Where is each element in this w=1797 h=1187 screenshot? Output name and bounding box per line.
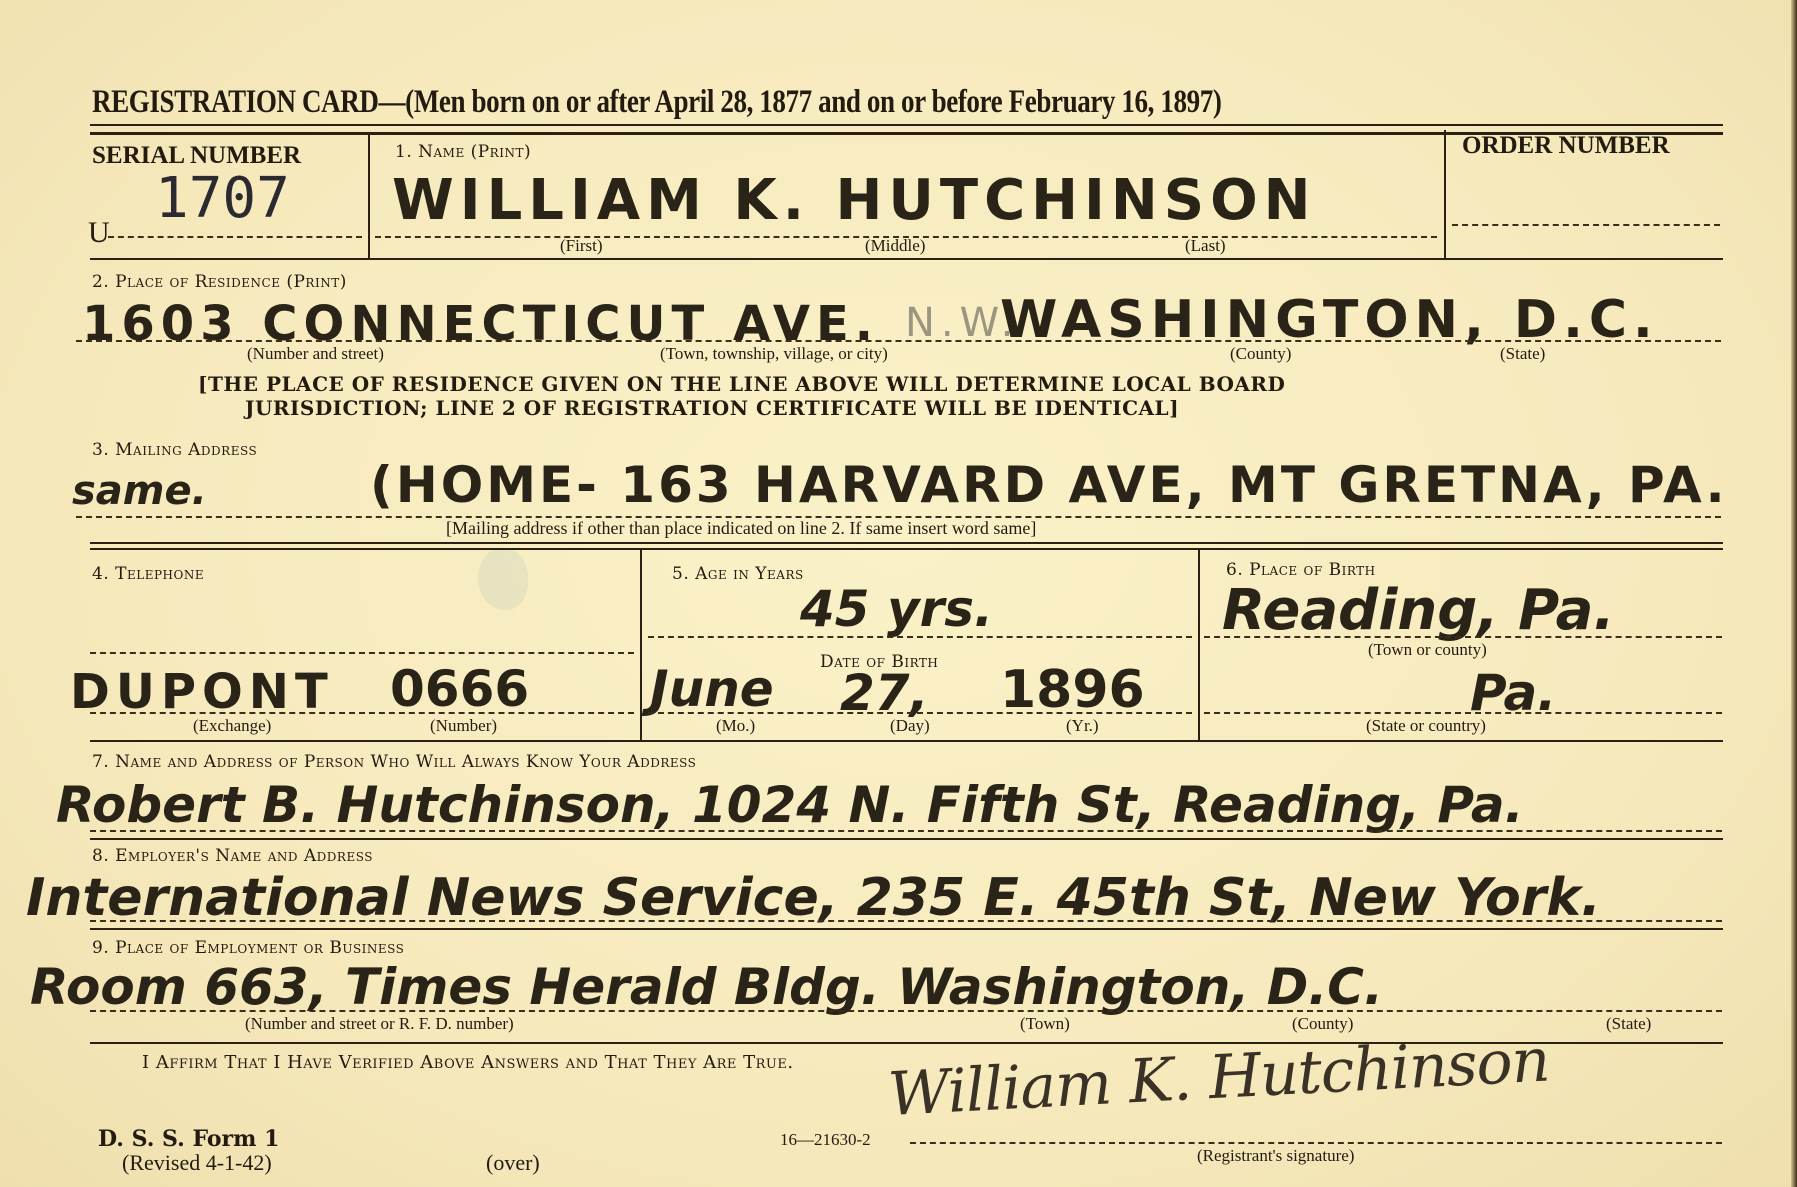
residence-label: 2. Place of Residence (Print): [92, 272, 347, 292]
residence-street-label: (Number and street): [247, 344, 384, 364]
dob-day-label: (Day): [890, 716, 930, 736]
contact-line: [90, 830, 1722, 832]
serial-prefix: U: [88, 216, 110, 250]
middle-name-label: (Middle): [865, 236, 925, 256]
registration-card: REGISTRATION CARD—(Men born on or after …: [0, 0, 1797, 1187]
over-label: (over): [486, 1150, 540, 1176]
telephone-number[interactable]: 0666: [390, 660, 529, 718]
telephone-exchange-label: (Exchange): [193, 716, 271, 736]
dob-year[interactable]: 1896: [1000, 660, 1145, 720]
birthplace-state-label: (State or country): [1366, 716, 1486, 736]
divider: [640, 550, 642, 740]
serial-line: [108, 236, 362, 238]
divider: [90, 258, 1723, 260]
serial-number-value[interactable]: 1707: [155, 166, 290, 231]
residence-notice-line1: [THE PLACE OF RESIDENCE GIVEN ON THE LIN…: [198, 372, 1285, 396]
dob-month[interactable]: June: [650, 660, 774, 718]
divider: [90, 928, 1723, 930]
affirmation-text: I Affirm That I Have Verified Above Answ…: [142, 1052, 794, 1073]
order-number-label: ORDER NUMBER: [1462, 132, 1670, 160]
employment-state-label: (State): [1606, 1014, 1651, 1034]
mailing-address-label: 3. Mailing Address: [92, 440, 257, 460]
telephone-upper-line: [90, 652, 634, 654]
residence-town-label: (Town, township, village, or city): [660, 344, 888, 364]
residence-line: [76, 340, 1721, 342]
order-number-line[interactable]: [1452, 224, 1720, 226]
employer-label: 8. Employer's Name and Address: [92, 846, 373, 866]
card-title: REGISTRATION CARD—(Men born on or after …: [92, 84, 1221, 121]
card-edge: [1791, 0, 1797, 1187]
form-revised: (Revised 4-1-42): [122, 1150, 272, 1176]
divider: [1198, 550, 1200, 740]
residence-county-label: (County): [1230, 344, 1291, 364]
divider: [90, 548, 1723, 550]
residence-state-label: (State): [1500, 344, 1545, 364]
birthplace-town[interactable]: Reading, Pa.: [1222, 578, 1615, 643]
dob-line: [648, 712, 1192, 714]
telephone-number-label: (Number): [430, 716, 497, 736]
signature-line: [910, 1142, 1722, 1144]
divider: [90, 838, 1723, 840]
mailing-address-home[interactable]: (HOME- 163 HARVARD AVE, MT GRETNA, PA.: [370, 456, 1728, 514]
name-label: 1. Name (Print): [395, 142, 531, 162]
employment-place-value[interactable]: Room 663, Times Herald Bldg. Washington,…: [30, 958, 1383, 1016]
dob-year-label: (Yr.): [1066, 716, 1099, 736]
form-number: D. S. S. Form 1: [98, 1126, 279, 1152]
birthplace-state-line: [1204, 712, 1722, 714]
mailing-address-hint: [Mailing address if other than place ind…: [446, 518, 1036, 539]
mailing-address-same[interactable]: same.: [72, 468, 207, 514]
dob-month-label: (Mo.): [716, 716, 755, 736]
age-value[interactable]: 45 yrs.: [800, 580, 993, 638]
age-line: [648, 636, 1192, 638]
employment-town-label: (Town): [1020, 1014, 1070, 1034]
divider: [90, 542, 1723, 544]
telephone-line: [90, 712, 634, 714]
contact-label: 7. Name and Address of Person Who Will A…: [92, 752, 696, 772]
employment-place-label: 9. Place of Employment or Business: [92, 938, 404, 958]
birthplace-town-line: [1204, 636, 1722, 638]
divider: [368, 134, 370, 258]
age-label: 5. Age in Years: [672, 564, 804, 584]
print-code: 16—21630-2: [780, 1130, 871, 1150]
signature-label: (Registrant's signature): [1197, 1146, 1354, 1166]
first-name-label: (First): [560, 236, 603, 256]
divider: [90, 740, 1723, 742]
birthplace-town-label: (Town or county): [1368, 640, 1487, 660]
employer-value[interactable]: International News Service, 235 E. 45th …: [26, 868, 1601, 928]
employment-street-label: (Number and street or R. F. D. number): [245, 1014, 514, 1034]
divider: [1444, 130, 1446, 258]
employer-line: [90, 920, 1722, 922]
employment-county-label: (County): [1292, 1014, 1353, 1034]
name-value[interactable]: WILLIAM K. HUTCHINSON: [392, 168, 1317, 233]
residence-notice-line2: JURISDICTION; LINE 2 OF REGISTRATION CER…: [245, 396, 1179, 420]
contact-value[interactable]: Robert B. Hutchinson, 1024 N. Fifth St, …: [56, 776, 1524, 834]
telephone-label: 4. Telephone: [92, 564, 204, 584]
last-name-label: (Last): [1185, 236, 1226, 256]
birthplace-label: 6. Place of Birth: [1226, 560, 1376, 580]
divider: [90, 124, 1723, 126]
employment-place-line: [90, 1010, 1722, 1012]
paper-stain: [478, 548, 528, 610]
